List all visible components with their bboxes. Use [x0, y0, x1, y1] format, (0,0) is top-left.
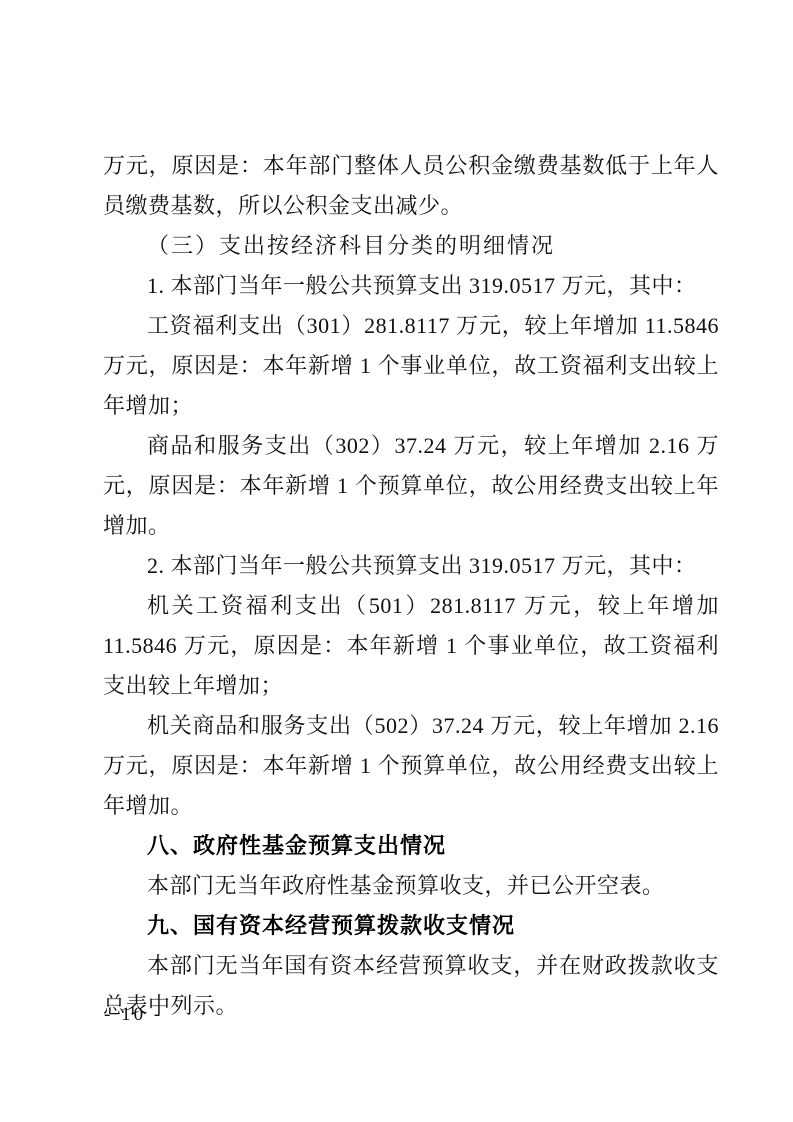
page-number: - 10 -: [104, 1002, 163, 1028]
body-paragraph-continued: 万元，原因是：本年部门整体人员公积金缴费基数低于上年人员缴费基数，所以公积金支出…: [103, 146, 719, 226]
body-paragraph: 工资福利支出（301）281.8117 万元，较上年增加 11.5846 万元，…: [103, 306, 719, 426]
body-paragraph: 本部门无当年国有资本经营预算收支，并在财政拨款收支总表中列示。: [103, 946, 719, 1026]
body-paragraph: 1. 本部门当年一般公共预算支出 319.0517 万元，其中：: [103, 266, 719, 306]
body-paragraph: 机关商品和服务支出（502）37.24 万元，较上年增加 2.16 万元，原因是…: [103, 706, 719, 826]
sub-heading-3: （三）支出按经济科目分类的明细情况: [103, 226, 719, 266]
body-paragraph: 机关工资福利支出（501）281.8117 万元，较上年增加 11.5846 万…: [103, 586, 719, 706]
document-page: 万元，原因是：本年部门整体人员公积金缴费基数低于上年人员缴费基数，所以公积金支出…: [0, 0, 793, 1122]
body-paragraph: 本部门无当年政府性基金预算收支，并已公开空表。: [103, 866, 719, 906]
section-heading-8: 八、政府性基金预算支出情况: [103, 826, 719, 866]
section-heading-9: 九、国有资本经营预算拨款收支情况: [103, 906, 719, 946]
document-body: 万元，原因是：本年部门整体人员公积金缴费基数低于上年人员缴费基数，所以公积金支出…: [103, 146, 719, 1026]
body-paragraph: 2. 本部门当年一般公共预算支出 319.0517 万元，其中：: [103, 546, 719, 586]
body-paragraph: 商品和服务支出（302）37.24 万元，较上年增加 2.16 万元，原因是：本…: [103, 426, 719, 546]
